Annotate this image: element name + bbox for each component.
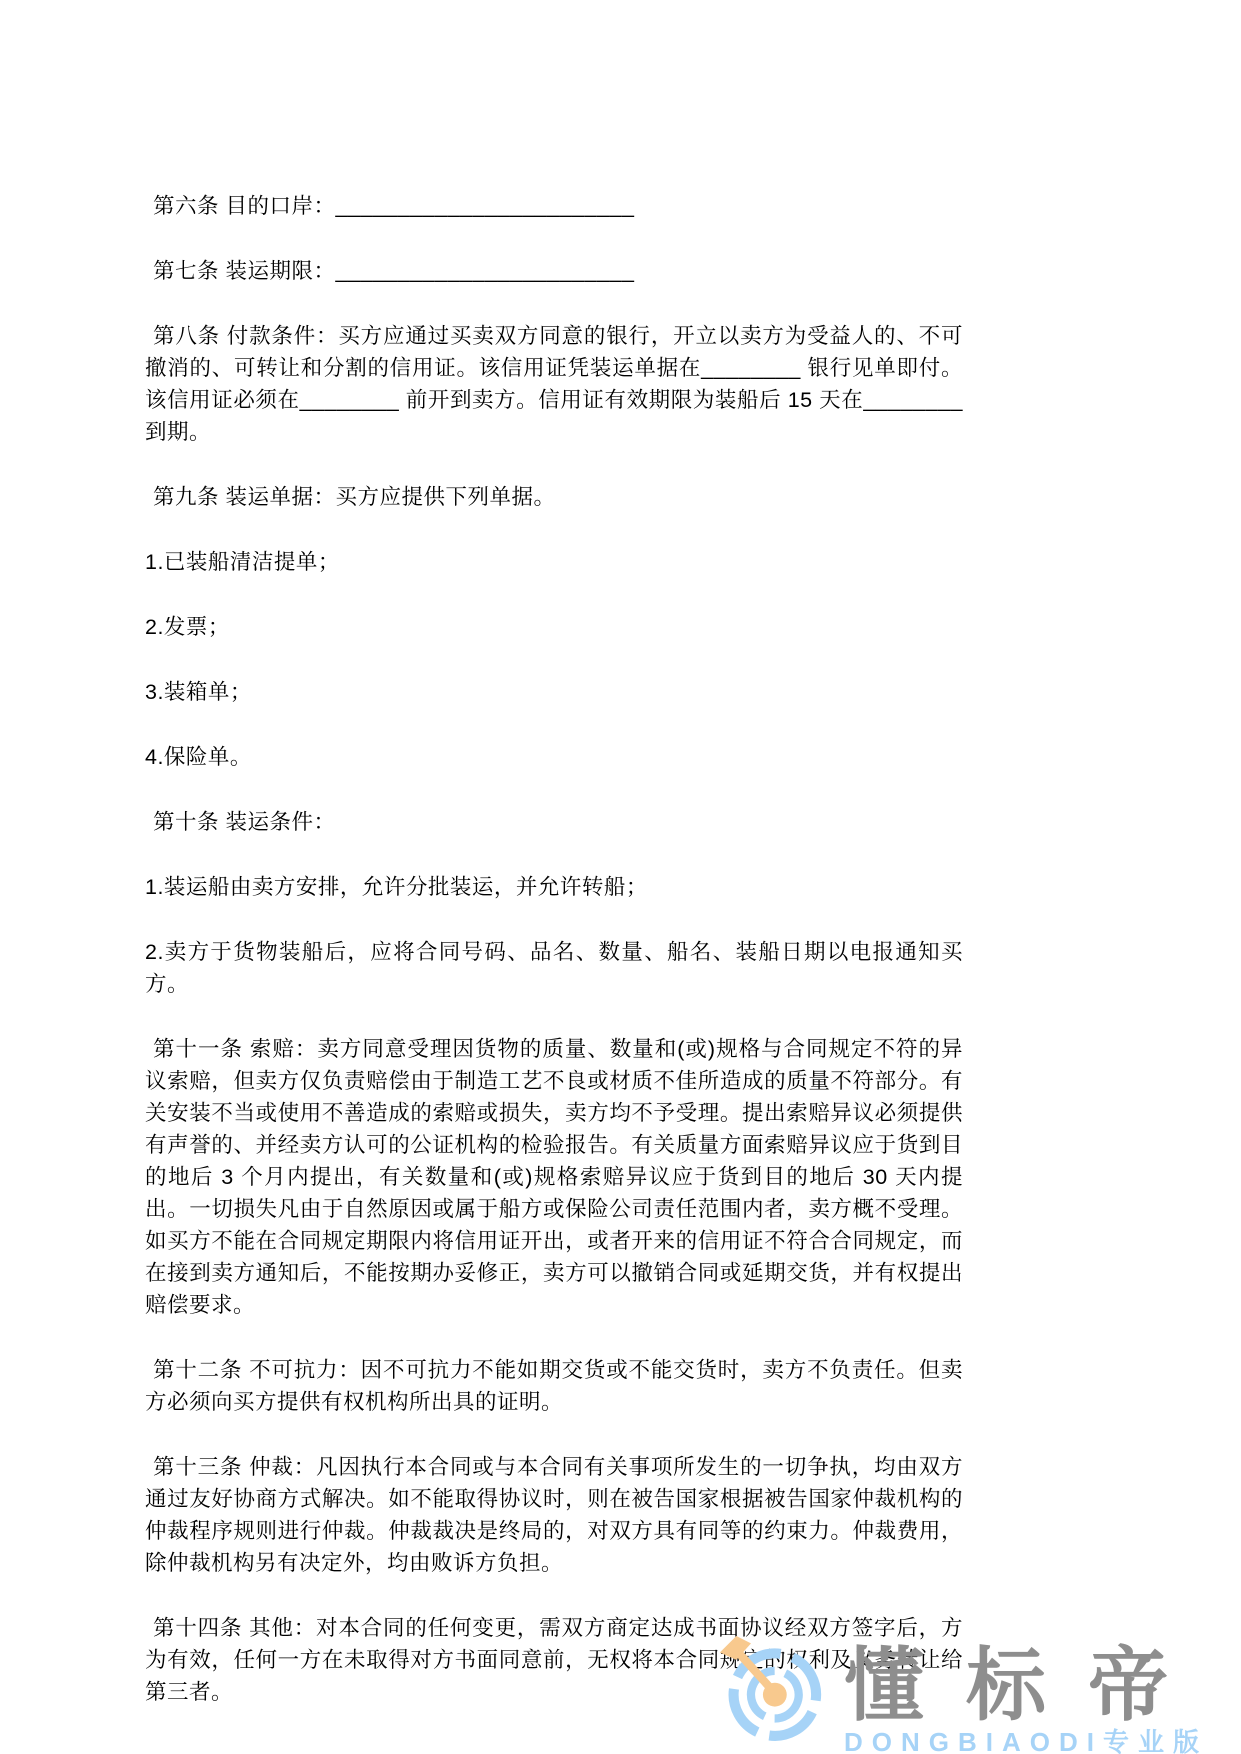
target-dart-icon [718, 1634, 828, 1748]
shipping-doc-item-3: 3.装箱单； [145, 676, 963, 708]
shipping-doc-item-1: 1.已装船清洁提单； [145, 546, 963, 578]
clause-13-arbitration: 第十三条 仲裁：凡因执行本合同或与本合同有关事项所发生的一切争执，均由双方通过友… [145, 1451, 963, 1579]
clause-9-shipping-documents: 第九条 装运单据：买方应提供下列单据。 [145, 481, 963, 513]
dongbiaodi-watermark: 懂标帝 DONGBIAODI专业版 [718, 1634, 1210, 1754]
watermark-text-block: 懂标帝 DONGBIAODI专业版 [844, 1634, 1210, 1754]
watermark-sub-latin: DONGBIAODI [844, 1727, 1103, 1754]
shipping-doc-item-4: 4.保险单。 [145, 741, 963, 773]
clause-8-payment-terms: 第八条 付款条件：买方应通过买卖双方同意的银行，开立以卖方为受益人的、不可撤消的… [145, 320, 963, 448]
shipping-doc-item-2: 2.发票； [145, 611, 963, 643]
shipping-condition-item-1: 1.装运船由卖方安排，允许分批装运，并允许转船； [145, 871, 963, 903]
shipping-condition-item-2: 2.卖方于货物装船后，应将合同号码、品名、数量、船名、装船日期以电报通知买方。 [145, 936, 963, 1000]
clause-12-force-majeure: 第十二条 不可抗力：因不可抗力不能如期交货或不能交货时，卖方不负责任。但卖方必须… [145, 1354, 963, 1418]
watermark-brand-text: 懂标帝 [844, 1646, 1210, 1726]
watermark-sub-cn: 专业版 [1103, 1727, 1208, 1754]
clause-10-shipping-conditions: 第十条 装运条件： [145, 806, 963, 838]
contract-page: 第六条 目的口岸：________________________ 第七条 装运… [145, 190, 963, 1741]
clause-6-destination-port: 第六条 目的口岸：________________________ [145, 190, 963, 222]
clause-7-shipment-period: 第七条 装运期限：________________________ [145, 255, 963, 287]
watermark-subtitle: DONGBIAODI专业版 [844, 1729, 1210, 1754]
clause-11-claims: 第十一条 索赔：卖方同意受理因货物的质量、数量和(或)规格与合同规定不符的异议索… [145, 1033, 963, 1321]
